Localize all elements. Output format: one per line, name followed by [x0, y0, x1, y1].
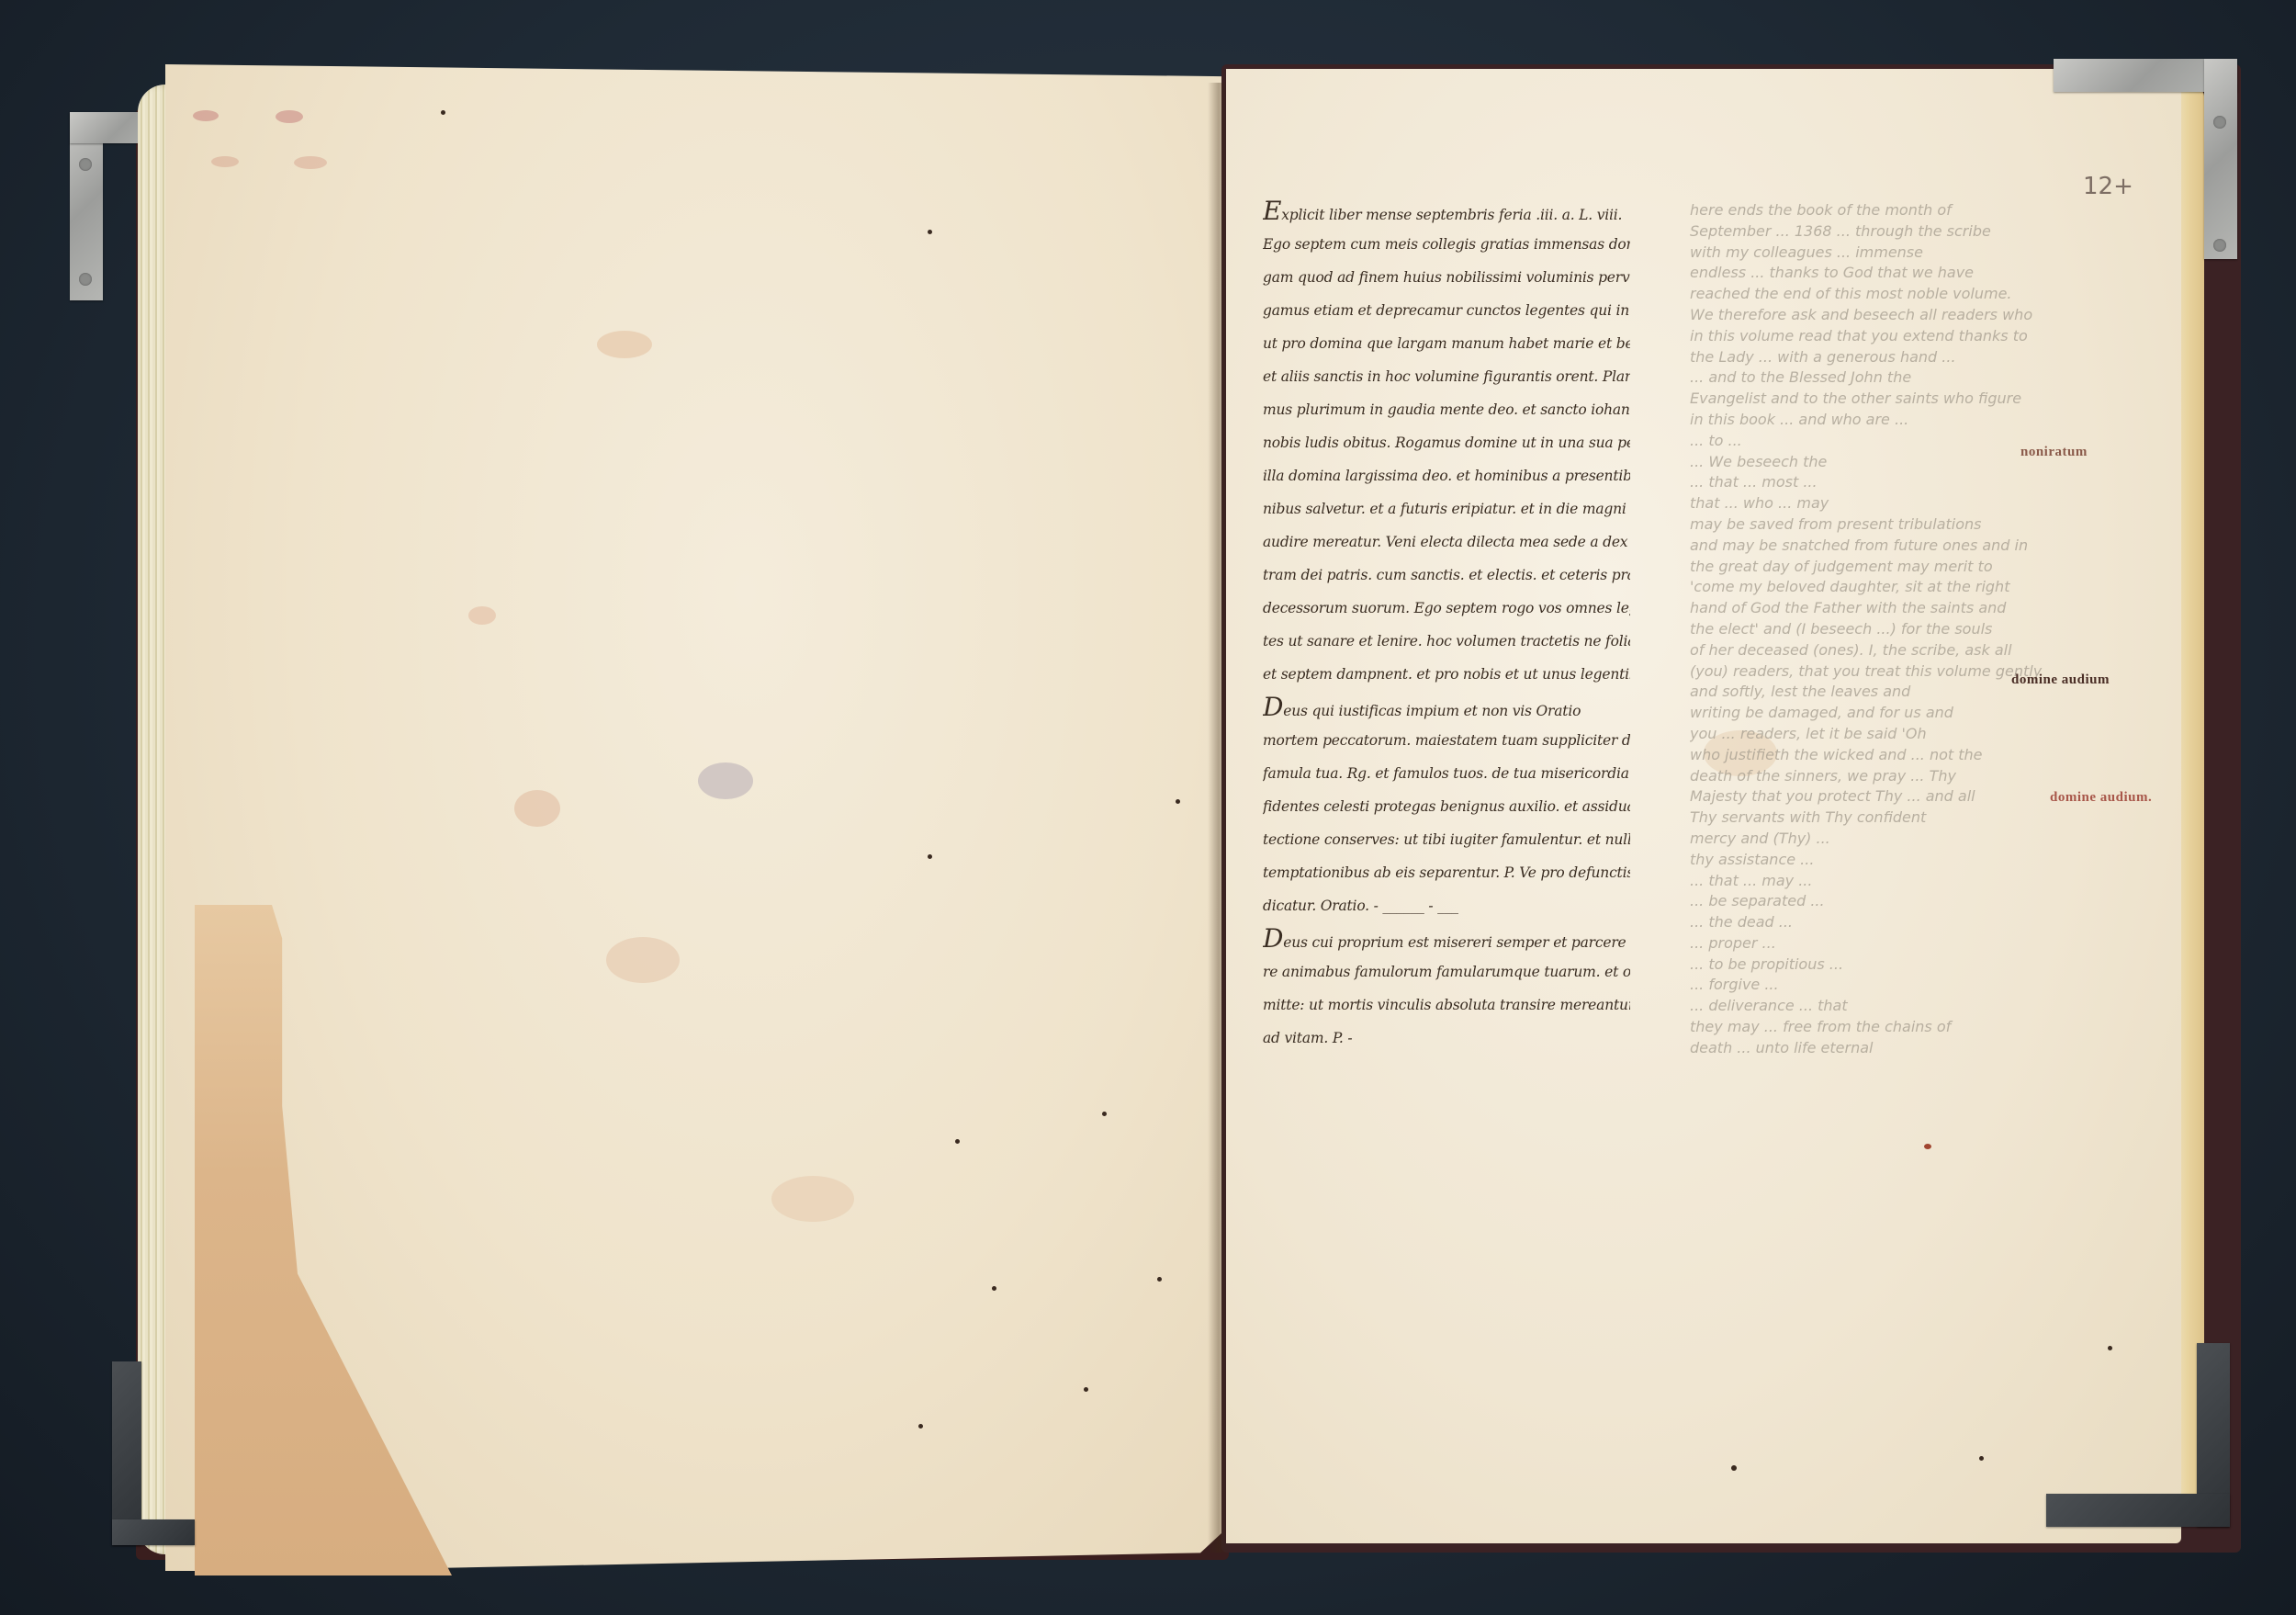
- pencil-line: ... deliverance ... that: [1690, 996, 2167, 1017]
- pencil-line: ... proper ...: [1690, 933, 2167, 954]
- text-line: decessorum suorum. Ego septem rogo vos o…: [1263, 592, 1630, 625]
- rubric-annotation: domine audium: [2011, 672, 2110, 688]
- pencil-translation-block: here ends the book of the month of Septe…: [1690, 200, 2167, 1059]
- text-line: fidentes celesti protegas benignus auxil…: [1263, 790, 1630, 823]
- pencil-line: ... to be propitious ...: [1690, 954, 2167, 976]
- corner-bracket-bottom-right: [2046, 1343, 2230, 1527]
- folio-number: 12+: [2083, 173, 2133, 200]
- text-line: nobis ludis obitus. Rogamus domine ut in…: [1263, 426, 1630, 459]
- text-line: mortem peccatorum. maiestatem tuam suppl…: [1263, 724, 1630, 757]
- text-line: tram dei patris. cum sanctis. et electis…: [1263, 559, 1630, 592]
- pencil-line: mercy and (Thy) ...: [1690, 829, 2167, 850]
- pencil-line: and may be snatched from future ones and…: [1690, 536, 2167, 557]
- pencil-line: ... the dead ...: [1690, 912, 2167, 933]
- pencil-line: hand of God the Father with the saints a…: [1690, 598, 2167, 619]
- pencil-line: that ... who ... may: [1690, 493, 2167, 514]
- pencil-line: 'come my beloved daughter, sit at the ri…: [1690, 577, 2167, 598]
- rubric-annotation: noniratum: [2020, 445, 2088, 460]
- pencil-line: the great day of judgement may merit to: [1690, 557, 2167, 578]
- manuscript-text-block: Explicit liber mense septembris feria .i…: [1263, 195, 1630, 1055]
- text-line: Deus qui iustificas impium et non vis Or…: [1263, 691, 1630, 724]
- pencil-line: in this volume read that you extend than…: [1690, 326, 2167, 347]
- text-line: mus plurimum in gaudia mente deo. et san…: [1263, 393, 1630, 426]
- pencil-line: endless ... thanks to God that we have: [1690, 263, 2167, 284]
- pencil-line: We therefore ask and beseech all readers…: [1690, 305, 2167, 326]
- text-line: ad vitam. P. -: [1263, 1022, 1630, 1055]
- pencil-line: of her deceased (ones). I, the scribe, a…: [1690, 640, 2167, 661]
- text-line: ut pro domina que largam manum habet mar…: [1263, 327, 1630, 360]
- text-line: gamus etiam et deprecamur cunctos legent…: [1263, 294, 1630, 327]
- pencil-line: Thy servants with Thy confident: [1690, 807, 2167, 829]
- pencil-line: ... forgive ...: [1690, 975, 2167, 996]
- pencil-line: the Lady ... with a generous hand ...: [1690, 347, 2167, 368]
- pencil-line: in this book ... and who are ...: [1690, 410, 2167, 431]
- text-line: nibus salvetur. et a futuris eripiatur. …: [1263, 492, 1630, 525]
- text-line: audire mereatur. Veni electa dilecta mea…: [1263, 525, 1630, 559]
- pencil-line: ... that ... may ...: [1690, 871, 2167, 892]
- text-line: mitte: ut mortis vinculis absoluta trans…: [1263, 988, 1630, 1022]
- pencil-line: ... and to the Blessed John the: [1690, 367, 2167, 389]
- pencil-line: they may ... free from the chains of: [1690, 1017, 2167, 1038]
- text-line: Explicit liber mense septembris feria .i…: [1263, 195, 1630, 228]
- pencil-line: ... We beseech the: [1690, 452, 2167, 473]
- text-line: re animabus famulorum famularumque tuaru…: [1263, 955, 1630, 988]
- pencil-line: thy assistance ...: [1690, 850, 2167, 871]
- pencil-line: writing be damaged, and for us and: [1690, 703, 2167, 724]
- text-line: tectione conserves: ut tibi iugiter famu…: [1263, 823, 1630, 856]
- text-line: et aliis sanctis in hoc volumine figuran…: [1263, 360, 1630, 393]
- text-line: Deus cui proprium est misereri semper et…: [1263, 922, 1630, 955]
- pencil-line: here ends the book of the month of: [1690, 200, 2167, 221]
- text-line: dicatur. Oratio. - ______ - ___: [1263, 889, 1630, 922]
- pencil-line: who justifieth the wicked and ... not th…: [1690, 745, 2167, 766]
- corner-bracket-bottom-left: [112, 1361, 195, 1545]
- pencil-line: death of the sinners, we pray ... Thy: [1690, 766, 2167, 787]
- text-line: temptationibus ab eis separentur. P. Ve …: [1263, 856, 1630, 889]
- pencil-line: ... to ...: [1690, 431, 2167, 452]
- rubric-annotation: domine audium.: [2050, 790, 2152, 806]
- pencil-line: with my colleagues ... immense: [1690, 243, 2167, 264]
- pencil-line: the elect' and (I beseech ...) for the s…: [1690, 619, 2167, 640]
- pencil-line: death ... unto life eternal: [1690, 1038, 2167, 1059]
- text-line: Ego septem cum meis collegis gratias imm…: [1263, 228, 1630, 261]
- pencil-line: ... be separated ...: [1690, 891, 2167, 912]
- text-line: et septem dampnent. et pro nobis et ut u…: [1263, 658, 1630, 691]
- pencil-line: may be saved from present tribulations: [1690, 514, 2167, 536]
- pencil-line: ... that ... most ...: [1690, 472, 2167, 493]
- text-line: illa domina largissima deo. et hominibus…: [1263, 459, 1630, 492]
- text-line: gam quod ad finem huius nobilissimi volu…: [1263, 261, 1630, 294]
- text-line: famula tua. Rg. et famulos tuos. de tua …: [1263, 757, 1630, 790]
- pencil-line: September ... 1368 ... through the scrib…: [1690, 221, 2167, 243]
- text-line: tes ut sanare et lenire. hoc volumen tra…: [1263, 625, 1630, 658]
- pencil-line: you ... readers, let it be said 'Oh: [1690, 724, 2167, 745]
- pencil-line: Evangelist and to the other saints who f…: [1690, 389, 2167, 410]
- pencil-line: reached the end of this most noble volum…: [1690, 284, 2167, 305]
